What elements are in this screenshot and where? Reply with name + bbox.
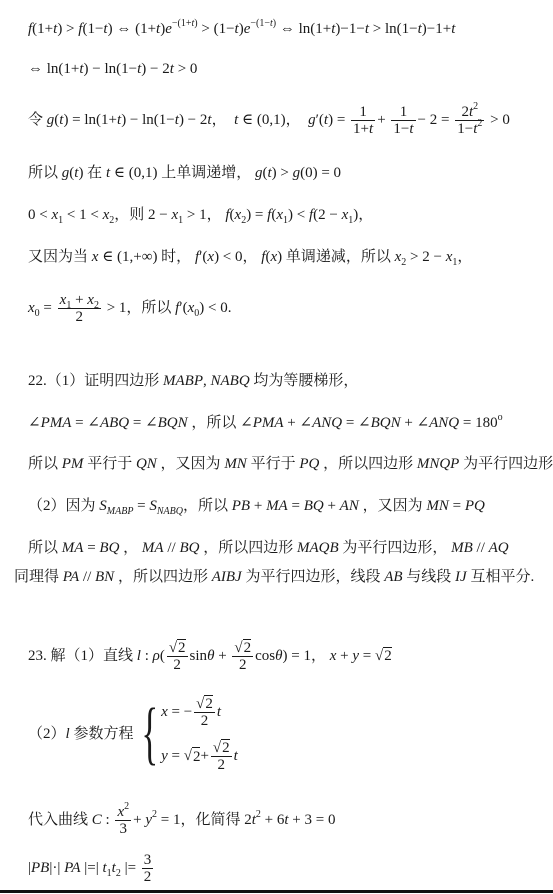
fraction: √22	[167, 640, 188, 673]
problem-22-line-4: （2）因为 SMABP = SNABQ，所以 PB + MA = BQ + AN…	[28, 497, 485, 515]
problem-22-line-3: 所以 PM 平行于 QN ，又因为 MN 平行于 PQ ，所以四边形 MNQP …	[28, 455, 553, 473]
brace: {	[142, 699, 159, 769]
problem-23-line-2: （2）l 参数方程{ x = −√22t y = √2 + √22t	[28, 690, 238, 778]
fraction: 32	[142, 852, 154, 885]
problem-23-line-3: 代入曲线 C : x23+ y2 = 1，化简得 2t2 + 6t + 3 = …	[28, 804, 335, 837]
text-gt-zero: > 0	[490, 112, 510, 128]
fraction: x23	[115, 804, 131, 837]
eq-line-4: 所以 g(t) 在 t ∈ (0,1) 上单调递增， g(t) > g(0) =…	[28, 164, 341, 182]
eq-line-2: ⇔ ln(1+t) − ln(1−t) − 2t > 0	[28, 60, 197, 78]
eq-line-3: 令 g(t) = ln(1+t) − ln(1−t) − 2t， t ∈ (0,…	[28, 104, 510, 137]
fraction: x1 + x22	[58, 292, 101, 325]
fraction: 2t21−t2	[455, 104, 484, 137]
fraction: 11+t	[351, 104, 375, 137]
eq-line-7: x0 = x1 + x22 > 1，所以 f′(x0) < 0.	[28, 292, 232, 325]
fraction: √22	[232, 640, 253, 673]
problem-23-line-1: 23. 解（1）直线 l : ρ(√22sinθ + √22cosθ) = 1，…	[28, 640, 392, 673]
problem-22-line-1: 22.（1）证明四边形 MABP, NABQ 均为等腰梯形，	[28, 372, 358, 390]
page-bottom-border	[0, 890, 553, 893]
fraction: 11−t	[391, 104, 415, 137]
problem-22-line-2: ∠PMA = ∠ABQ = ∠BQN ，所以 ∠PMA + ∠ANQ = ∠BQ…	[28, 414, 503, 432]
eq-line-6: 又因为当 x ∈ (1,+∞) 时， f′(x) < 0， f(x) 单调递减，…	[28, 248, 472, 266]
parametric-system: x = −√22t y = √2 + √22t	[161, 690, 238, 778]
problem-23-line-4: |PB|·| PA |=| t1t2 |= 32	[28, 852, 155, 885]
text-ling: 令	[28, 112, 43, 128]
eq-line-1: f(1+t) > f(1−t) ⇔ (1+t)e−(1+t) > (1−t)e−…	[28, 20, 455, 38]
eq-line-5: 0 < x1 < 1 < x2，则 2 − x1 > 1， f(x2) = f(…	[28, 206, 373, 224]
problem-22-line-6: 同理得 PA // BN ，所以四边形 AIBJ 为平行四边形，线段 AB 与线…	[14, 568, 534, 586]
problem-22-line-5: 所以 MA = BQ ， MA // BQ ，所以四边形 MAQB 为平行四边形…	[28, 539, 509, 557]
